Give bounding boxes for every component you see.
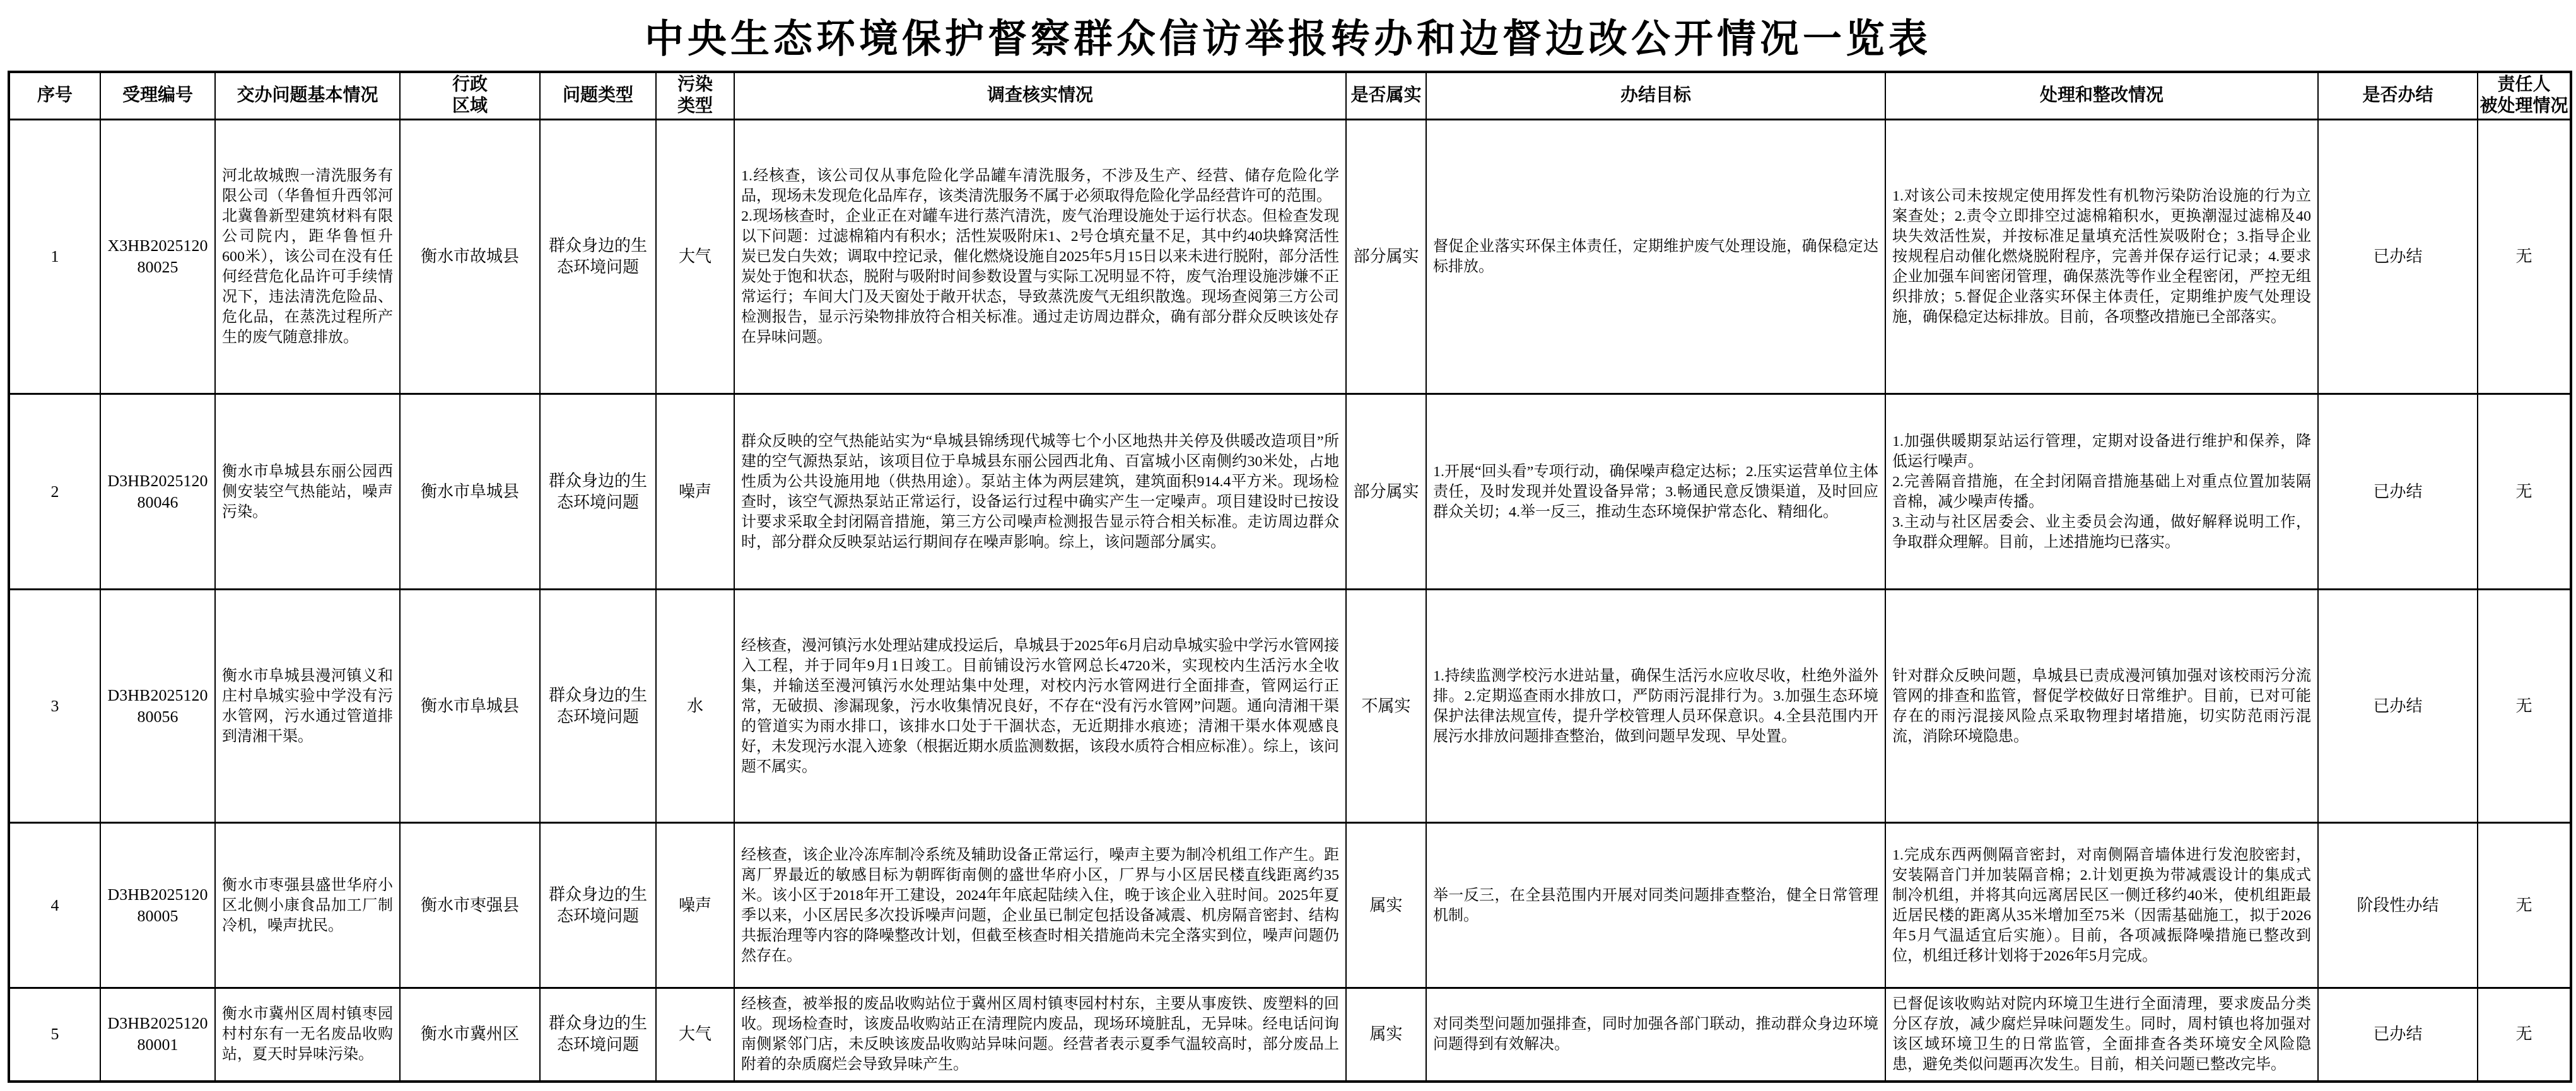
cell-rectification: 1.对该公司未按规定使用挥发性有机物污染防治设施的行为立案查处；2.责令立即排空…: [1885, 120, 2318, 394]
col-header-problem: 交办问题基本情况: [215, 72, 400, 120]
cell-target: 对同类型问题加强排查，同时加强各部门联动，推动群众身边环境问题得到有效解决。: [1426, 988, 1885, 1082]
cell-problem: 河北故城煦一清洗服务有限公司（华鲁恒升西邻河北冀鲁新型建筑材料有限公司院内，距华…: [215, 120, 400, 394]
cell-accountability: 无: [2478, 823, 2571, 988]
table-row: 5 D3HB202512080001 衡水市冀州区周村镇枣园村村东有一无名废品收…: [9, 988, 2571, 1082]
cell-seq: 4: [9, 823, 100, 988]
cell-case-id: D3HB202512080005: [100, 823, 215, 988]
col-header-status: 是否办结: [2318, 72, 2478, 120]
col-header-investigation: 调查核实情况: [734, 72, 1346, 120]
cell-verified: 部分属实: [1346, 120, 1426, 394]
col-header-case-id: 受理编号: [100, 72, 215, 120]
cell-problem: 衡水市阜城县漫河镇义和庄村阜城实验中学没有污水管网，污水通过管道排到清湘干渠。: [215, 590, 400, 823]
cell-problem-type: 群众身边的生态环境问题: [540, 590, 656, 823]
cell-status: 已办结: [2318, 590, 2478, 823]
col-header-accountability: 责任人 被处理情况: [2478, 72, 2571, 120]
cell-status: 已办结: [2318, 988, 2478, 1082]
cell-case-id: D3HB202512080001: [100, 988, 215, 1082]
cell-problem: 衡水市枣强县盛世华府小区北侧小康食品加工厂制冷机，噪声扰民。: [215, 823, 400, 988]
cell-case-id: D3HB202512080056: [100, 590, 215, 823]
cell-target: 举一反三，在全县范围内开展对同类问题排查整治，健全日常管理机制。: [1426, 823, 1885, 988]
cell-pollution-type: 大气: [656, 120, 734, 394]
table-row: 2 D3HB202512080046 衡水市阜城县东丽公园西侧安装空气热能站，噪…: [9, 394, 2571, 590]
cell-pollution-type: 噪声: [656, 394, 734, 590]
cell-verified: 属实: [1346, 988, 1426, 1082]
cell-investigation: 群众反映的空气热能站实为“阜城县锦绣现代城等七个小区地热井关停及供暖改造项目”所…: [734, 394, 1346, 590]
cell-pollution-type: 水: [656, 590, 734, 823]
cell-region: 衡水市阜城县: [400, 590, 540, 823]
cell-target: 督促企业落实环保主体责任，定期维护废气处理设施，确保稳定达标排放。: [1426, 120, 1885, 394]
cell-accountability: 无: [2478, 590, 2571, 823]
cell-seq: 3: [9, 590, 100, 823]
cell-rectification: 1.加强供暖期泵站运行管理，定期对设备进行维护和保养，降低运行噪声。 2.完善隔…: [1885, 394, 2318, 590]
cell-rectification: 已督促该收购站对院内环境卫生进行全面清理，要求废品分类分区存放，减少腐烂异味问题…: [1885, 988, 2318, 1082]
col-header-rectification: 处理和整改情况: [1885, 72, 2318, 120]
cell-rectification: 针对群众反映问题，阜城县已责成漫河镇加强对该校雨污分流管网的排查和监管，督促学校…: [1885, 590, 2318, 823]
inspection-table: 序号 受理编号 交办问题基本情况 行政 区域 问题类型 污染 类型 调查核实情况…: [8, 71, 2572, 1083]
cell-accountability: 无: [2478, 120, 2571, 394]
cell-investigation: 1.经核查，该公司仅从事危险化学品罐车清洗服务，不涉及生产、经营、储存危险化学品…: [734, 120, 1346, 394]
cell-investigation: 经核查，该企业冷冻库制冷系统及辅助设备正常运行，噪声主要为制冷机组工作产生。距离…: [734, 823, 1346, 988]
cell-accountability: 无: [2478, 988, 2571, 1082]
cell-verified: 部分属实: [1346, 394, 1426, 590]
col-header-verified: 是否属实: [1346, 72, 1426, 120]
cell-target: 1.开展“回头看”专项行动，确保噪声稳定达标；2.压实运营单位主体责任，及时发现…: [1426, 394, 1885, 590]
cell-region: 衡水市冀州区: [400, 988, 540, 1082]
cell-region: 衡水市枣强县: [400, 823, 540, 988]
cell-investigation: 经核查，被举报的废品收购站位于冀州区周村镇枣园村村东，主要从事废铁、废塑料的回收…: [734, 988, 1346, 1082]
col-header-region: 行政 区域: [400, 72, 540, 120]
cell-region: 衡水市阜城县: [400, 394, 540, 590]
col-header-pollution-type: 污染 类型: [656, 72, 734, 120]
cell-target: 1.持续监测学校污水进站量，确保生活污水应收尽收，杜绝外溢外排。2.定期巡查雨水…: [1426, 590, 1885, 823]
cell-problem: 衡水市冀州区周村镇枣园村村东有一无名废品收购站，夏天时异味污染。: [215, 988, 400, 1082]
page-title: 中央生态环境保护督察群众信访举报转办和边督边改公开情况一览表: [0, 0, 2576, 71]
col-header-problem-type: 问题类型: [540, 72, 656, 120]
table-row: 1 X3HB202512080025 河北故城煦一清洗服务有限公司（华鲁恒升西邻…: [9, 120, 2571, 394]
cell-pollution-type: 大气: [656, 988, 734, 1082]
cell-status: 已办结: [2318, 120, 2478, 394]
cell-verified: 不属实: [1346, 590, 1426, 823]
cell-pollution-type: 噪声: [656, 823, 734, 988]
cell-status: 已办结: [2318, 394, 2478, 590]
document-page: 中央生态环境保护督察群众信访举报转办和边督边改公开情况一览表 序号 受理编号 交…: [0, 0, 2576, 1083]
cell-case-id: D3HB202512080046: [100, 394, 215, 590]
col-header-seq: 序号: [9, 72, 100, 120]
cell-problem-type: 群众身边的生态环境问题: [540, 823, 656, 988]
col-header-target: 办结目标: [1426, 72, 1885, 120]
cell-problem-type: 群众身边的生态环境问题: [540, 120, 656, 394]
cell-status: 阶段性办结: [2318, 823, 2478, 988]
cell-verified: 属实: [1346, 823, 1426, 988]
cell-rectification: 1.完成东西两侧隔音密封，对南侧隔音墙体进行发泡胶密封，安装隔音门并加装隔音棉；…: [1885, 823, 2318, 988]
cell-region: 衡水市故城县: [400, 120, 540, 394]
cell-seq: 2: [9, 394, 100, 590]
table-row: 4 D3HB202512080005 衡水市枣强县盛世华府小区北侧小康食品加工厂…: [9, 823, 2571, 988]
table-row: 3 D3HB202512080056 衡水市阜城县漫河镇义和庄村阜城实验中学没有…: [9, 590, 2571, 823]
cell-case-id: X3HB202512080025: [100, 120, 215, 394]
cell-investigation: 经核查，漫河镇污水处理站建成投运后，阜城县于2025年6月启动阜城实验中学污水管…: [734, 590, 1346, 823]
cell-problem: 衡水市阜城县东丽公园西侧安装空气热能站，噪声污染。: [215, 394, 400, 590]
cell-seq: 5: [9, 988, 100, 1082]
cell-problem-type: 群众身边的生态环境问题: [540, 988, 656, 1082]
table-header-row: 序号 受理编号 交办问题基本情况 行政 区域 问题类型 污染 类型 调查核实情况…: [9, 72, 2571, 120]
cell-problem-type: 群众身边的生态环境问题: [540, 394, 656, 590]
cell-seq: 1: [9, 120, 100, 394]
cell-accountability: 无: [2478, 394, 2571, 590]
